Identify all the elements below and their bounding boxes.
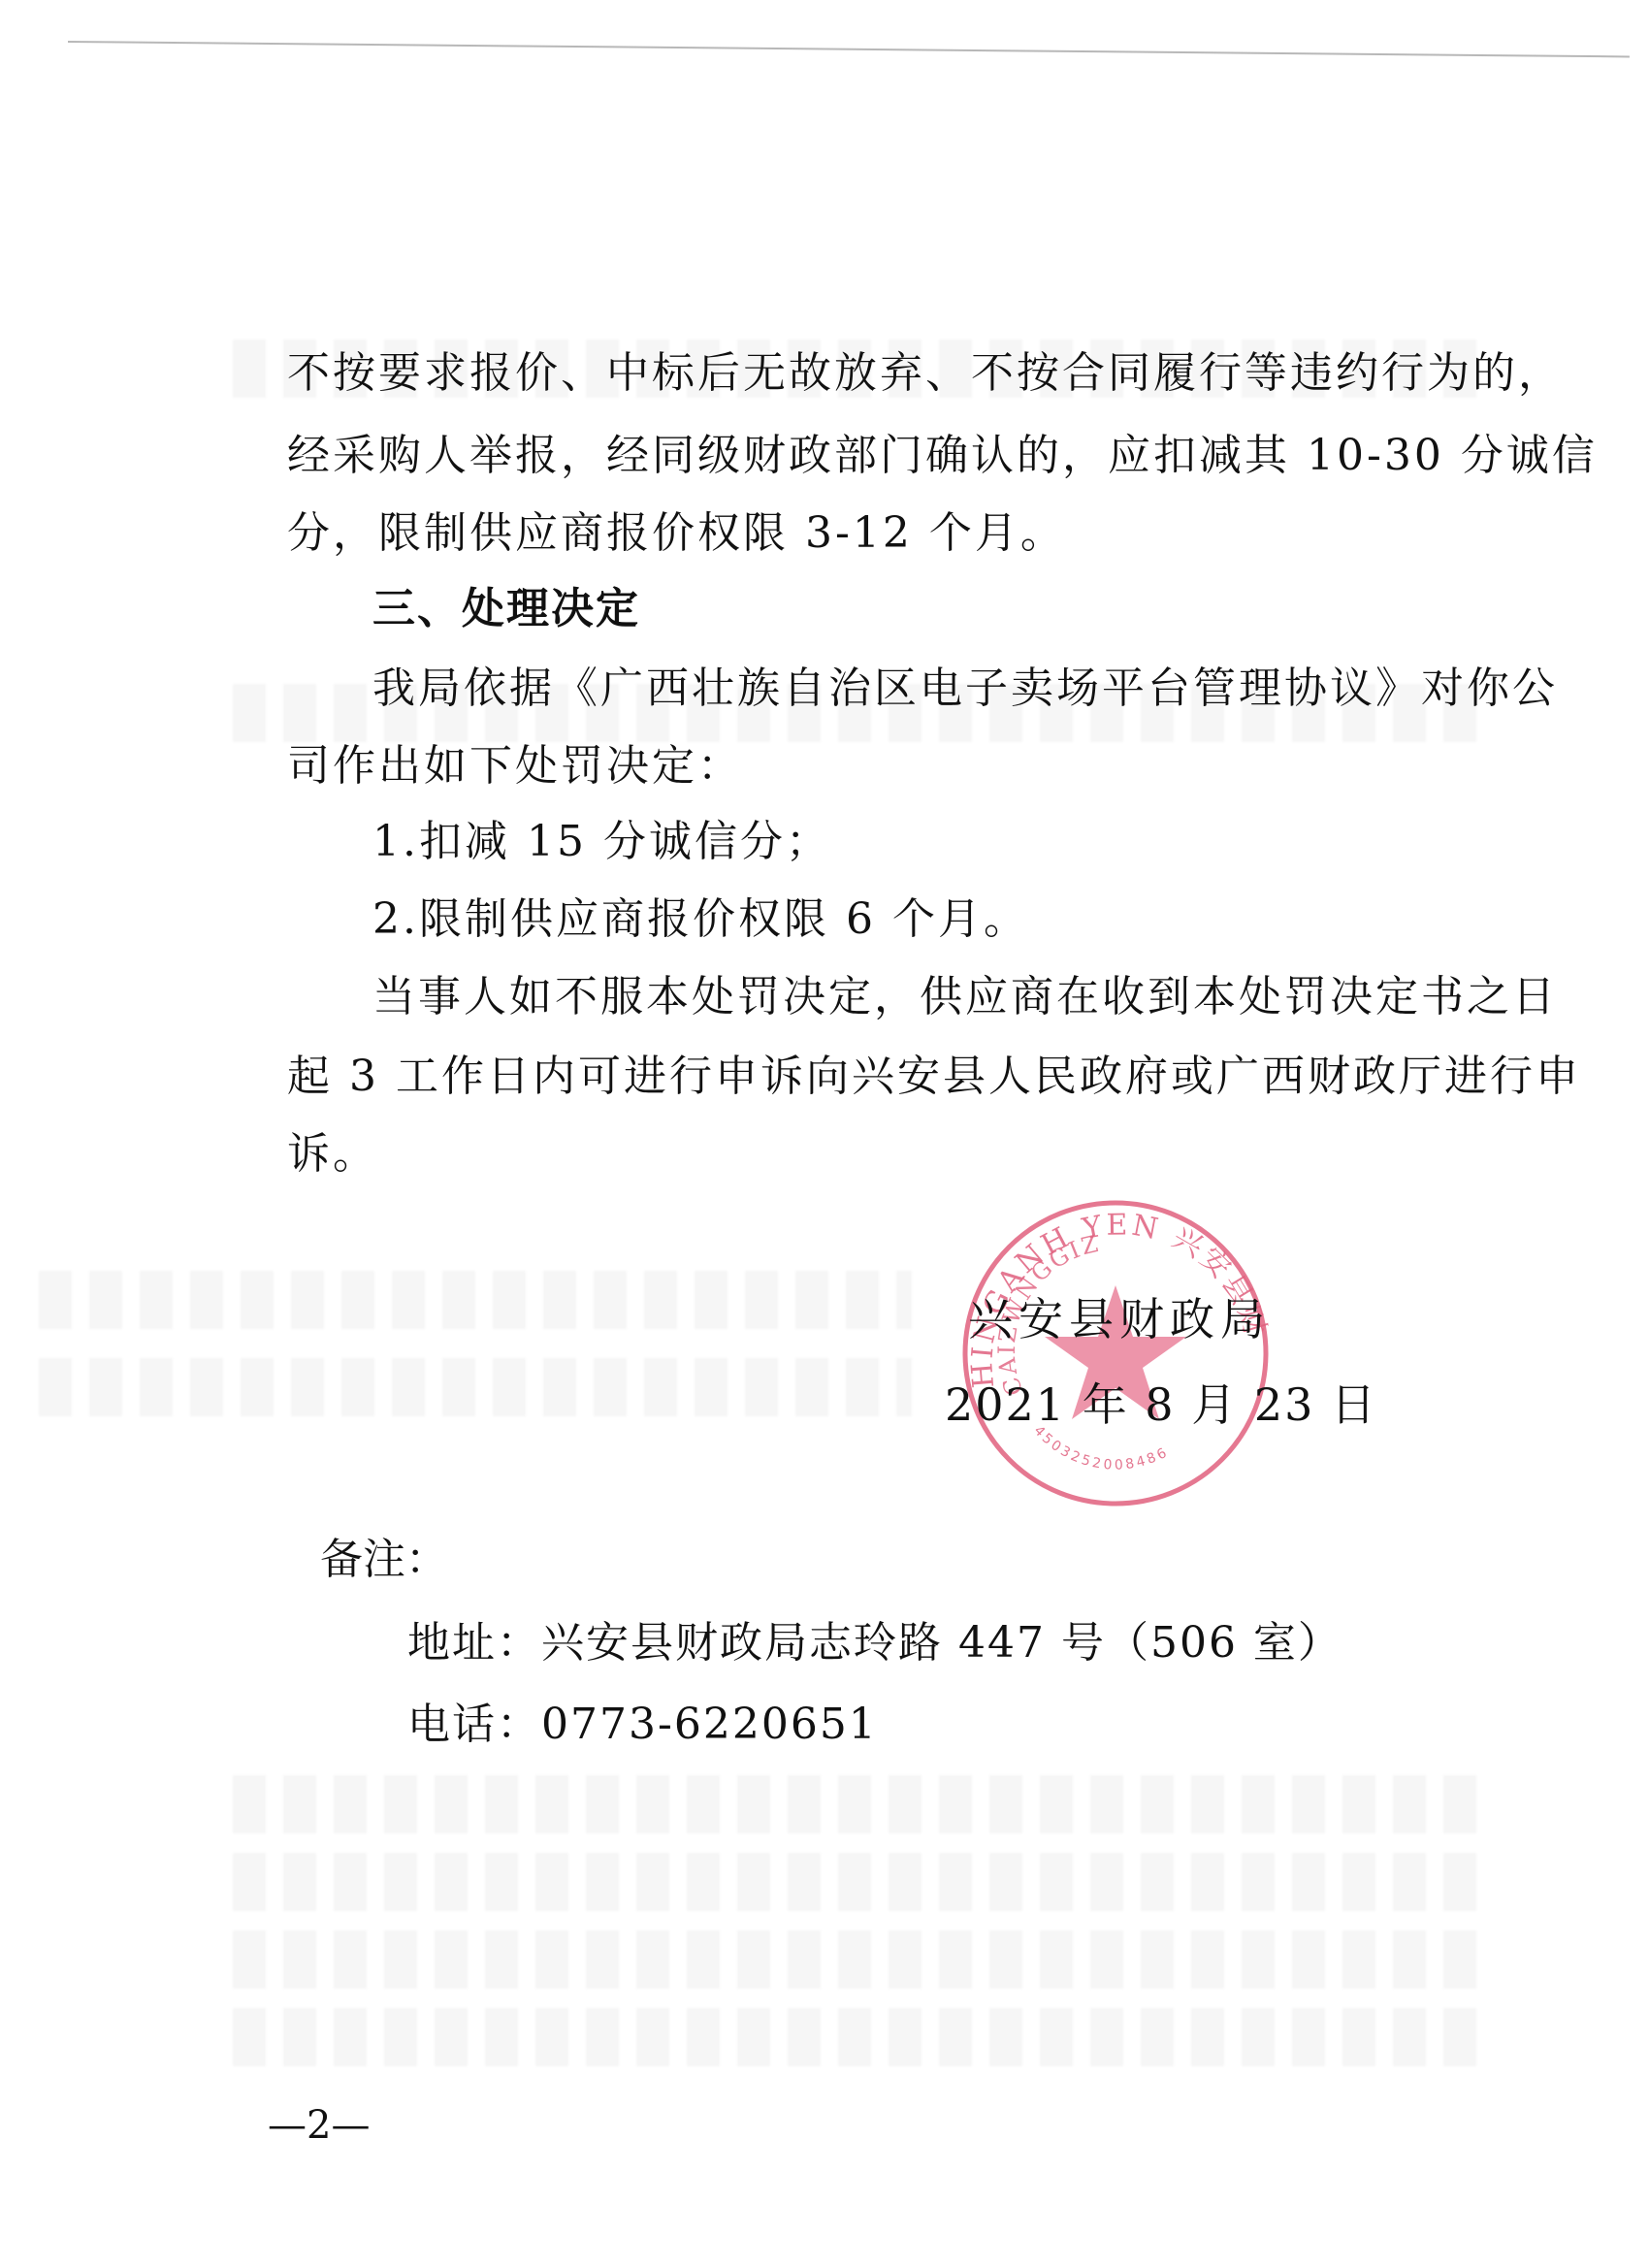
page-number: —2—	[268, 2101, 370, 2150]
section-heading: 三、处理决定	[372, 580, 640, 638]
penalty-item: 2.限制供应商报价权限 6 个月。	[372, 891, 1029, 949]
remarks-label: 备注：	[320, 1531, 448, 1589]
bleed-through	[233, 1853, 1494, 1911]
header-rule	[68, 41, 1630, 57]
issue-date: 2021 年 8 月 23 日	[945, 1376, 1377, 1434]
appeal-line: 诉。	[287, 1125, 378, 1183]
body-line: 经采购人举报，经同级财政部门确认的，应扣减其 10-30 分诚信	[287, 427, 1598, 485]
remarks-phone: 电话：0773-6220651	[407, 1696, 878, 1754]
decision-intro-line: 司作出如下处罚决定：	[287, 737, 743, 795]
decision-intro-line: 我局依据《广西壮族自治区电子卖场平台管理协议》对你公	[372, 660, 1558, 718]
body-line: 分，限制供应商报价权限 3-12 个月。	[287, 504, 1066, 563]
bleed-through	[233, 1775, 1494, 1833]
appeal-line: 当事人如不服本处罚决定，供应商在收到本处罚决定书之日	[372, 968, 1558, 1026]
bleed-through	[233, 2008, 1494, 2066]
penalty-item: 1.扣减 15 分诚信分；	[372, 813, 831, 871]
bleed-through	[39, 1271, 912, 1329]
remarks-address: 地址：兴安县财政局志玲路 447 号（506 室）	[407, 1614, 1342, 1672]
bleed-through	[233, 1930, 1494, 1989]
issuer-name: 兴安县财政局	[968, 1290, 1271, 1348]
official-seal-icon: HINGANH YEN 兴安县财政局 CAIZWNGGIZ 4503252008…	[955, 1193, 1276, 1513]
body-line: 不按要求报价、中标后无故放弃、不按合同履行等违约行为的，	[287, 344, 1564, 403]
appeal-line: 起 3 工作日内可进行申诉向兴安县人民政府或广西财政厅进行申	[287, 1048, 1581, 1106]
bleed-through	[39, 1358, 912, 1416]
